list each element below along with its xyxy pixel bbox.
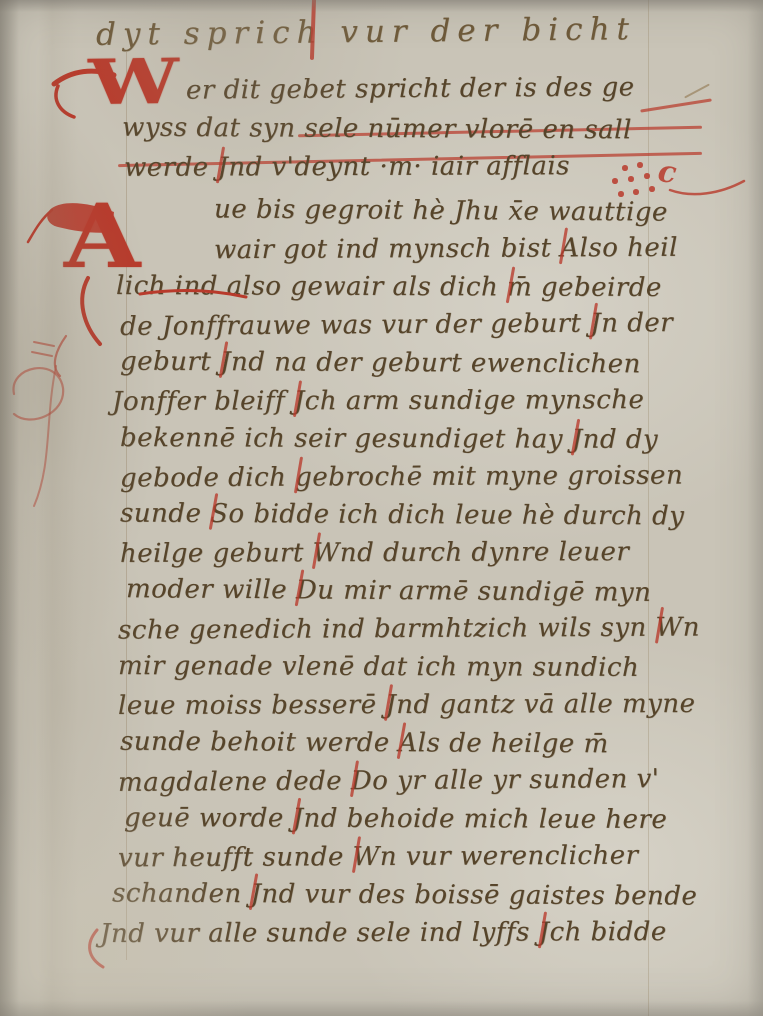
rubricated-word: Wnd — [313, 538, 375, 568]
manuscript-line: magdalene dede Do yr alle yr sunden v' — [118, 766, 660, 796]
line-text: heilge geburt — [120, 538, 313, 569]
rubricated-word: Jch — [294, 386, 337, 416]
red-dot — [644, 173, 650, 179]
manuscript-line: bekennē ich seir gesundiget hay Jnd dy — [120, 425, 658, 453]
manuscript-line: vur heufft sunde Wn vur werenclicher — [118, 843, 639, 872]
manuscript-line: geburt Jnd na der geburt ewenclichen — [120, 349, 641, 378]
line-text: geuē worde — [124, 803, 293, 834]
line-text: sunde behoit werde — [120, 727, 399, 758]
rubricated-word: Jnd — [217, 152, 262, 182]
line-text: de heilge m̄ — [440, 728, 608, 759]
manuscript-line: Jonffer bleiff Jch arm sundige mynsche — [112, 387, 644, 415]
line-text: magdalene dede — [118, 766, 351, 798]
line-text: gebode dich — [120, 463, 295, 494]
line-text: arm sundige mynsche — [337, 385, 644, 416]
rubricated-word: Jnd — [385, 690, 430, 720]
line-text: ue bis gegroit hè Jhu x̄e wauttige — [214, 194, 668, 227]
rubricated-word: m̄ — [507, 272, 532, 302]
rubricated-word: Do — [351, 766, 389, 796]
line-text: er dit gebet spricht der is des ge — [186, 72, 635, 105]
manuscript-line: mir genade vlenē dat ich myn sundich — [118, 653, 639, 681]
line-text: bidde ich dich leue hè durch dy — [245, 499, 685, 531]
line-text: geburt — [120, 347, 220, 378]
rubricated-word: Jnd — [250, 879, 295, 909]
line-text: lich ind also gewair als dich — [116, 271, 507, 302]
line-text: Jnd vur alle sunde sele ind lyffs — [100, 917, 539, 949]
line-text: moder wille — [126, 574, 296, 605]
line-text: vur werenclicher — [397, 841, 639, 872]
text-block: er dit gebet spricht der is des gewyss d… — [0, 0, 763, 1016]
red-dot — [612, 178, 618, 184]
manuscript-page: dyt sprich vur der bicht W A er dit gebe… — [0, 0, 763, 1016]
line-text: na der geburt ewenclichen — [265, 347, 641, 379]
rubricated-word: So — [210, 499, 245, 529]
rubricated-word: Jnd — [572, 425, 617, 455]
manuscript-line: er dit gebet spricht der is des ge — [186, 74, 635, 103]
manuscript-line: leue moiss besserē Jnd gantz vā alle myn… — [118, 691, 696, 719]
line-text: gebeirde — [532, 273, 662, 303]
rubricated-word: Also — [560, 233, 618, 263]
red-dot — [637, 162, 643, 168]
line-text: dy — [617, 425, 658, 455]
line-text: wyss dat syn sele nūmer vlorē en sall — [122, 113, 632, 146]
line-text: vur des boissē gaistes bende — [296, 879, 698, 911]
rubricated-word: Als — [398, 728, 440, 758]
manuscript-line: ue bis gegroit hè Jhu x̄e wauttige — [214, 196, 668, 225]
line-text: sunde — [120, 499, 210, 529]
manuscript-line: moder wille Du mir armē sundigē myn — [126, 576, 651, 606]
line-text: bekennē ich seir gesundiget hay — [120, 423, 572, 455]
line-text: wair got ind mynsch bist — [214, 233, 560, 265]
rubricated-word: Wn — [353, 842, 398, 872]
manuscript-line: Jnd vur alle sunde sele ind lyffs Jch bi… — [100, 919, 667, 947]
manuscript-line: sche genedich ind barmhtzich wils syn Wn — [118, 614, 700, 643]
line-text: heil — [618, 233, 678, 263]
line-text: mir genade vlenē dat ich myn sundich — [118, 651, 639, 683]
manuscript-line: sunde behoit werde Als de heilge m̄ — [120, 729, 609, 758]
manuscript-line: gebode dich gebrochē mit myne groissen — [120, 463, 683, 492]
line-text: gantz vā alle myne — [431, 689, 696, 720]
line-text: leue moiss besserē — [118, 690, 385, 721]
manuscript-line: sunde So bidde ich dich leue hè durch dy — [120, 501, 685, 530]
line-text: bidde — [582, 917, 667, 947]
line-text: werde — [124, 152, 217, 182]
red-dot — [622, 165, 628, 171]
manuscript-line: geuē worde Jnd behoide mich leue here — [124, 805, 667, 833]
line-text: behoide mich leue here — [338, 804, 667, 835]
line-text: mir armē sundigē myn — [334, 576, 651, 608]
manuscript-line: werde Jnd v'deynt ·m· iair afflais — [124, 153, 570, 181]
rubricated-word: Jch — [539, 917, 582, 947]
line-text: mit myne groissen — [423, 461, 684, 492]
line-text: v'deynt ·m· iair afflais — [263, 151, 570, 182]
line-text: sche genedich ind barmhtzich wils syn — [118, 613, 656, 646]
manuscript-line: heilge geburt Wnd durch dynre leuer — [120, 539, 629, 567]
line-text: yr alle yr sunden v' — [388, 764, 659, 796]
line-text: vur heufft sunde — [118, 842, 353, 873]
red-dot — [628, 176, 634, 182]
rubricated-word: Jn — [590, 308, 618, 338]
manuscript-line: wair got ind mynsch bist Also heil — [214, 235, 678, 263]
line-text: durch dynre leuer — [374, 537, 629, 568]
line-text: der — [618, 308, 673, 338]
red-dot — [649, 186, 655, 192]
red-dot — [618, 191, 624, 197]
manuscript-line: wyss dat syn sele nūmer vlorē en sall — [122, 115, 632, 144]
rubricated-word: Jnd — [220, 347, 265, 377]
rubricated-word: Wn — [655, 612, 700, 642]
rubricated-word: Du — [296, 575, 335, 605]
rubricated-word: Jnd — [293, 804, 338, 834]
red-dot — [633, 189, 639, 195]
manuscript-line: lich ind also gewair als dich m̄ gebeird… — [116, 273, 662, 301]
line-text: schanden — [112, 878, 251, 909]
line-text: Jonffer bleiff — [112, 386, 294, 417]
manuscript-line: de Jonffrauwe was vur der geburt Jn der — [120, 310, 673, 340]
line-text: de Jonffrauwe was vur der geburt — [120, 309, 590, 342]
manuscript-line: schanden Jnd vur des boissē gaistes bend… — [112, 880, 697, 909]
rubricated-word: gebrochē — [295, 462, 423, 493]
